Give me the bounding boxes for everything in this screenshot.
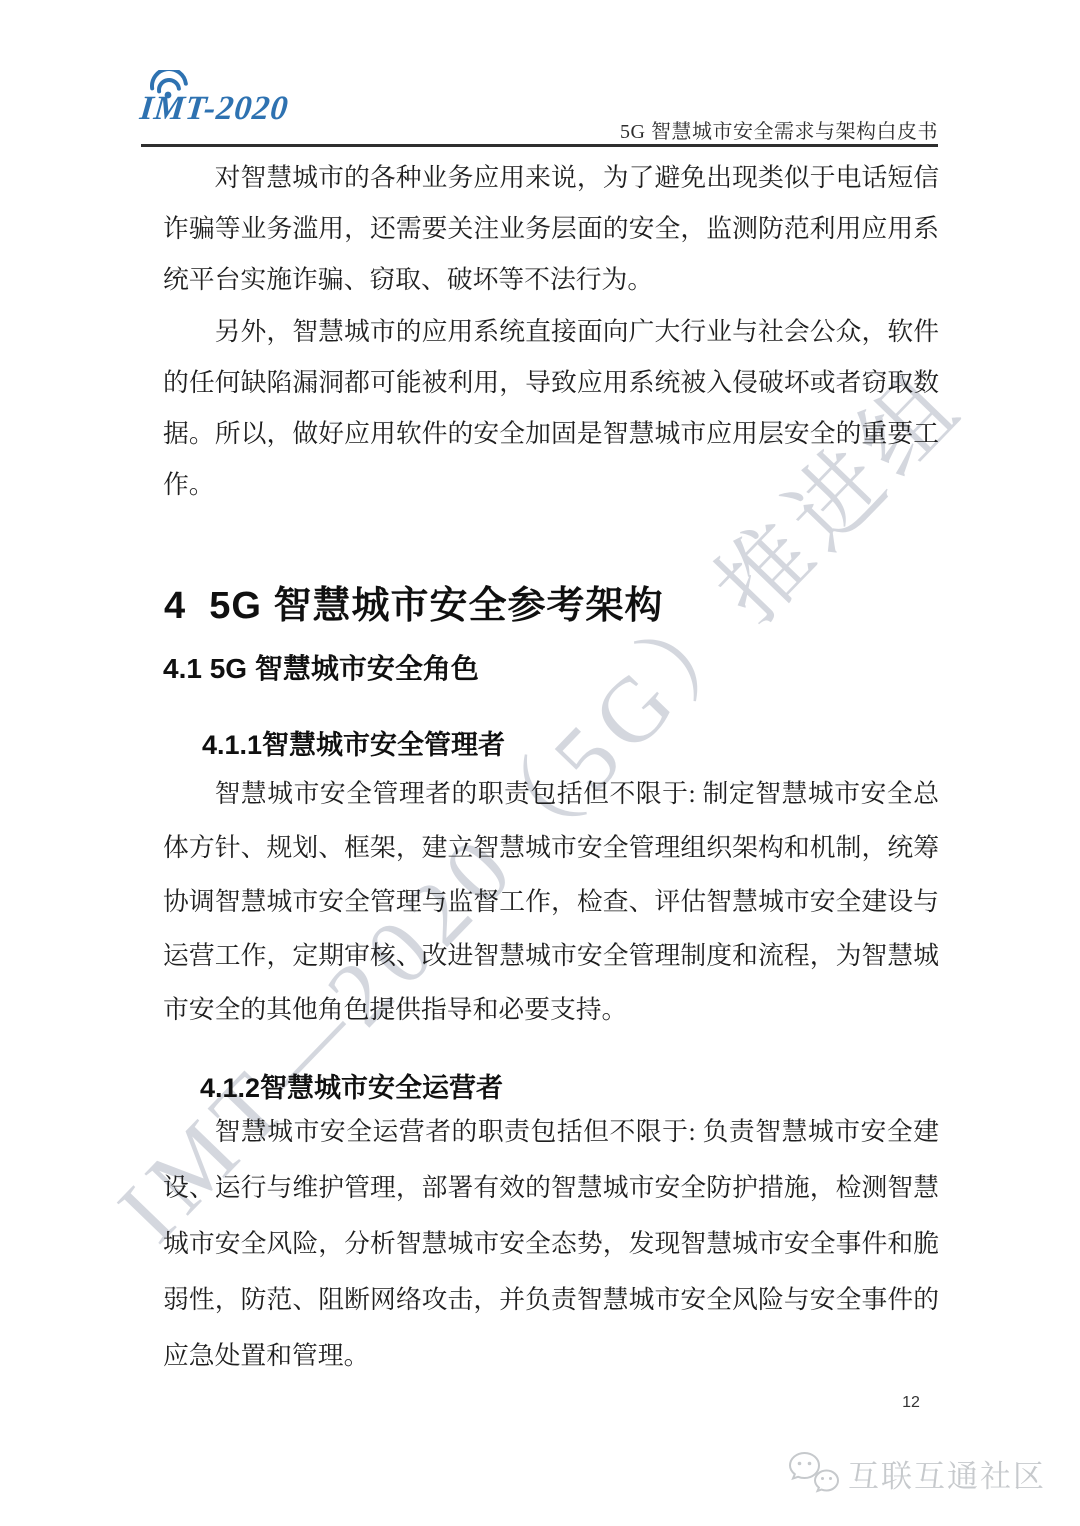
- section-heading-4: 4 5G 智慧城市安全参考架构: [164, 574, 664, 629]
- document-title: 5G 智慧城市安全需求与架构白皮书: [620, 115, 938, 144]
- community-watermark-text: 互联互通社区: [848, 1451, 1046, 1496]
- logo-text: IMT-2020: [138, 90, 290, 128]
- paragraph-app-abuse: 对智慧城市的各种业务应用来说，为了避免出现类似于电话短信诈骗等业务滥用，还需要关…: [163, 152, 939, 306]
- imt2020-logo: IMT-2020: [140, 68, 340, 138]
- section-heading-4-1: 4.1 5G 智慧城市安全角色: [163, 647, 479, 687]
- section-heading-4-1-2: 4.1.2智慧城市安全运营者: [200, 1066, 503, 1105]
- page-number: 12: [893, 1394, 929, 1412]
- security-manager-paragraph-block: 智慧城市安全管理者的职责包括但不限于: 制定智慧城市安全总体方针、规划、框架，建…: [163, 767, 939, 1037]
- wechat-icon: [788, 1450, 840, 1496]
- intro-paragraphs: 对智慧城市的各种业务应用来说，为了避免出现类似于电话短信诈骗等业务滥用，还需要关…: [163, 152, 939, 510]
- section-heading-4-1-1: 4.1.1智慧城市安全管理者: [202, 723, 505, 762]
- paragraph-security-manager: 智慧城市安全管理者的职责包括但不限于: 制定智慧城市安全总体方针、规划、框架，建…: [163, 767, 939, 1037]
- community-watermark: 互联互通社区: [788, 1450, 1046, 1496]
- paragraph-security-operator: 智慧城市安全运营者的职责包括但不限于: 负责智慧城市安全建设、运行与维护管理，部…: [163, 1104, 939, 1384]
- header-rule: [141, 144, 938, 147]
- paragraph-software-hardening: 另外，智慧城市的应用系统直接面向广大行业与社会公众，软件的任何缺陷漏洞都可能被利…: [163, 306, 939, 511]
- document-page: IMT—2020（5G）推进组 IMT-2020 5G 智慧城市安全需求与架构白…: [0, 0, 1080, 1526]
- security-operator-paragraph-block: 智慧城市安全运营者的职责包括但不限于: 负责智慧城市安全建设、运行与维护管理，部…: [163, 1104, 939, 1384]
